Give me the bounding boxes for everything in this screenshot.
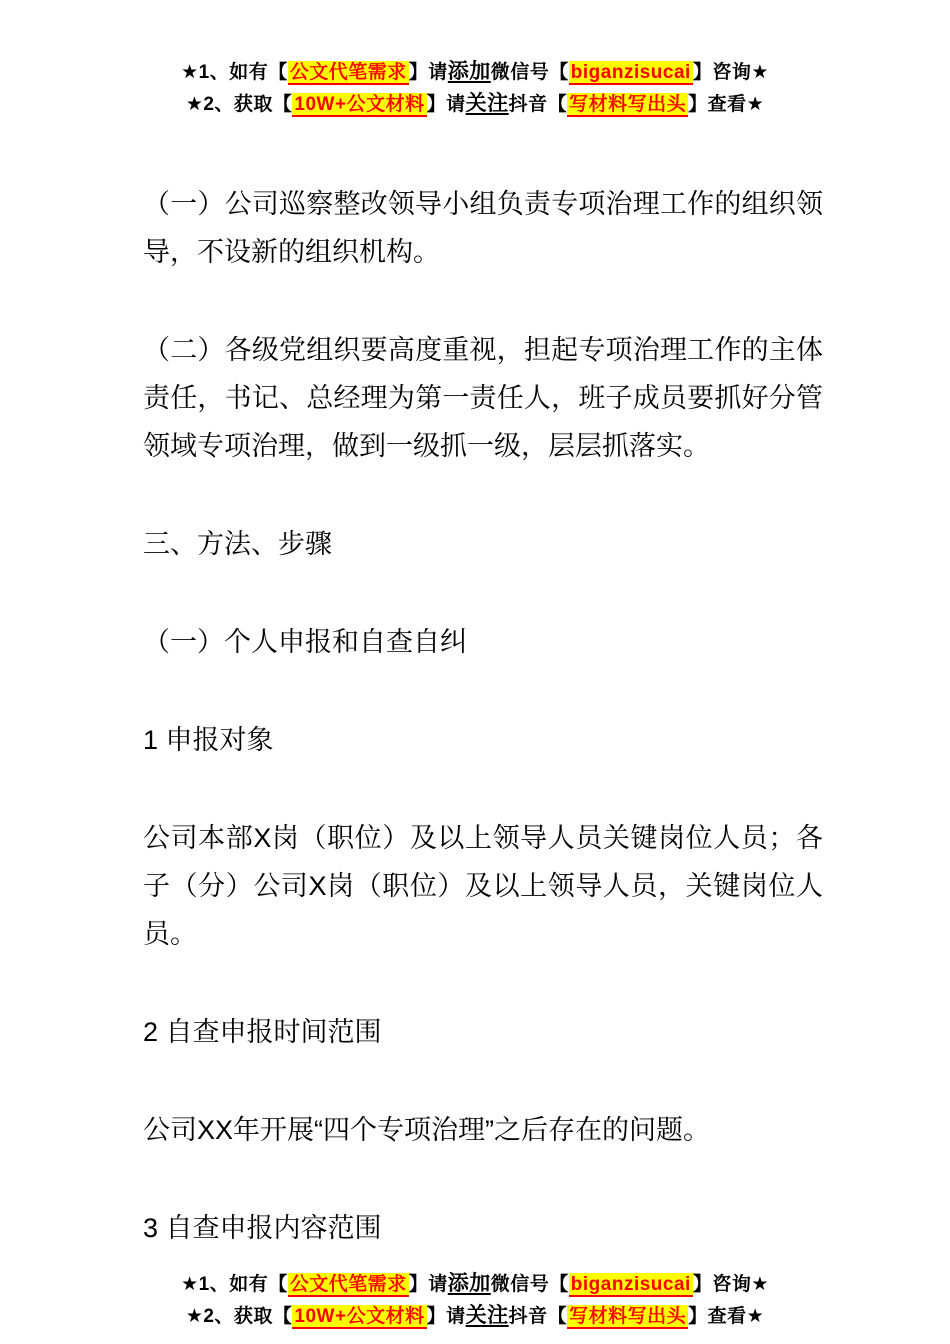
promo-text: 抖音【 (509, 1306, 568, 1327)
subsection-heading-self-declaration: （一）个人申报和自查自纠 (143, 618, 823, 666)
body-paragraph-org-leadership: （一）公司巡察整改领导小组负责专项治理工作的组织领导，不设新的组织机构。 (143, 180, 823, 276)
promo-action-follow: 关注 (466, 92, 509, 115)
promo-highlight-douyin-account: 写材料写出头 (567, 1305, 688, 1329)
item-heading-declaration-targets: 1 申报对象 (143, 716, 823, 764)
promo-action-follow: 关注 (466, 1304, 509, 1327)
promo-line-2: ★2、获取【10W+公文材料】请关注抖音【写材料写出头】查看★ (0, 1300, 950, 1332)
promo-text: 微信号【 (491, 1274, 569, 1295)
promo-text: 微信号【 (491, 62, 569, 83)
promo-text: 】查看★ (688, 94, 764, 115)
promo-text: ★2、获取【 (186, 1306, 293, 1327)
promo-action-add: 添加 (448, 60, 491, 83)
body-paragraph-party-responsibility: （二）各级党组织要高度重视，担起专项治理工作的主体责任，书记、总经理为第一责任人… (143, 326, 823, 470)
promo-text: 】请 (409, 62, 448, 83)
promo-highlight-wechat-id: biganzisucai (569, 1273, 693, 1297)
promo-action-add: 添加 (448, 1272, 491, 1295)
promo-text: 】咨询★ (693, 1274, 769, 1295)
section-heading-methods-steps: 三、方法、步骤 (143, 520, 823, 568)
promo-line-1: ★1、如有【公文代笔需求】请添加微信号【biganzisucai】咨询★ (0, 56, 950, 88)
promo-highlight-materials: 10W+公文材料 (292, 93, 426, 117)
promo-banner-bottom: ★1、如有【公文代笔需求】请添加微信号【biganzisucai】咨询★ ★2、… (0, 1266, 950, 1332)
promo-text: 抖音【 (509, 94, 568, 115)
item-heading-content-scope: 3 自查申报内容范围 (143, 1204, 823, 1252)
promo-highlight-materials: 10W+公文材料 (292, 1305, 426, 1329)
promo-highlight-writing-service: 公文代笔需求 (288, 61, 409, 85)
promo-text: 】请 (409, 1274, 448, 1295)
promo-banner-top: ★1、如有【公文代笔需求】请添加微信号【biganzisucai】咨询★ ★2、… (0, 0, 950, 120)
promo-text: 】查看★ (688, 1306, 764, 1327)
promo-text: ★2、获取【 (186, 94, 293, 115)
promo-text: 】咨询★ (693, 62, 769, 83)
promo-line-1: ★1、如有【公文代笔需求】请添加微信号【biganzisucai】咨询★ (0, 1268, 950, 1300)
promo-text: ★1、如有【 (181, 1274, 288, 1295)
promo-text: 】请 (427, 94, 466, 115)
document-page: ★1、如有【公文代笔需求】请添加微信号【biganzisucai】咨询★ ★2、… (0, 0, 950, 1344)
promo-line-2: ★2、获取【10W+公文材料】请关注抖音【写材料写出头】查看★ (0, 88, 950, 120)
body-paragraph-declaration-targets: 公司本部X岗（职位）及以上领导人员关键岗位人员；各子（分）公司X岗（职位）及以上… (143, 814, 823, 958)
promo-highlight-wechat-id: biganzisucai (569, 61, 693, 85)
body-paragraph-time-scope: 公司XX年开展“四个专项治理”之后存在的问题。 (143, 1106, 823, 1154)
document-body: （一）公司巡察整改领导小组负责专项治理工作的组织领导，不设新的组织机构。 （二）… (0, 120, 950, 1252)
promo-highlight-douyin-account: 写材料写出头 (567, 93, 688, 117)
item-heading-time-scope: 2 自查申报时间范围 (143, 1008, 823, 1056)
promo-text: 】请 (427, 1306, 466, 1327)
promo-highlight-writing-service: 公文代笔需求 (288, 1273, 409, 1297)
promo-text: ★1、如有【 (181, 62, 288, 83)
